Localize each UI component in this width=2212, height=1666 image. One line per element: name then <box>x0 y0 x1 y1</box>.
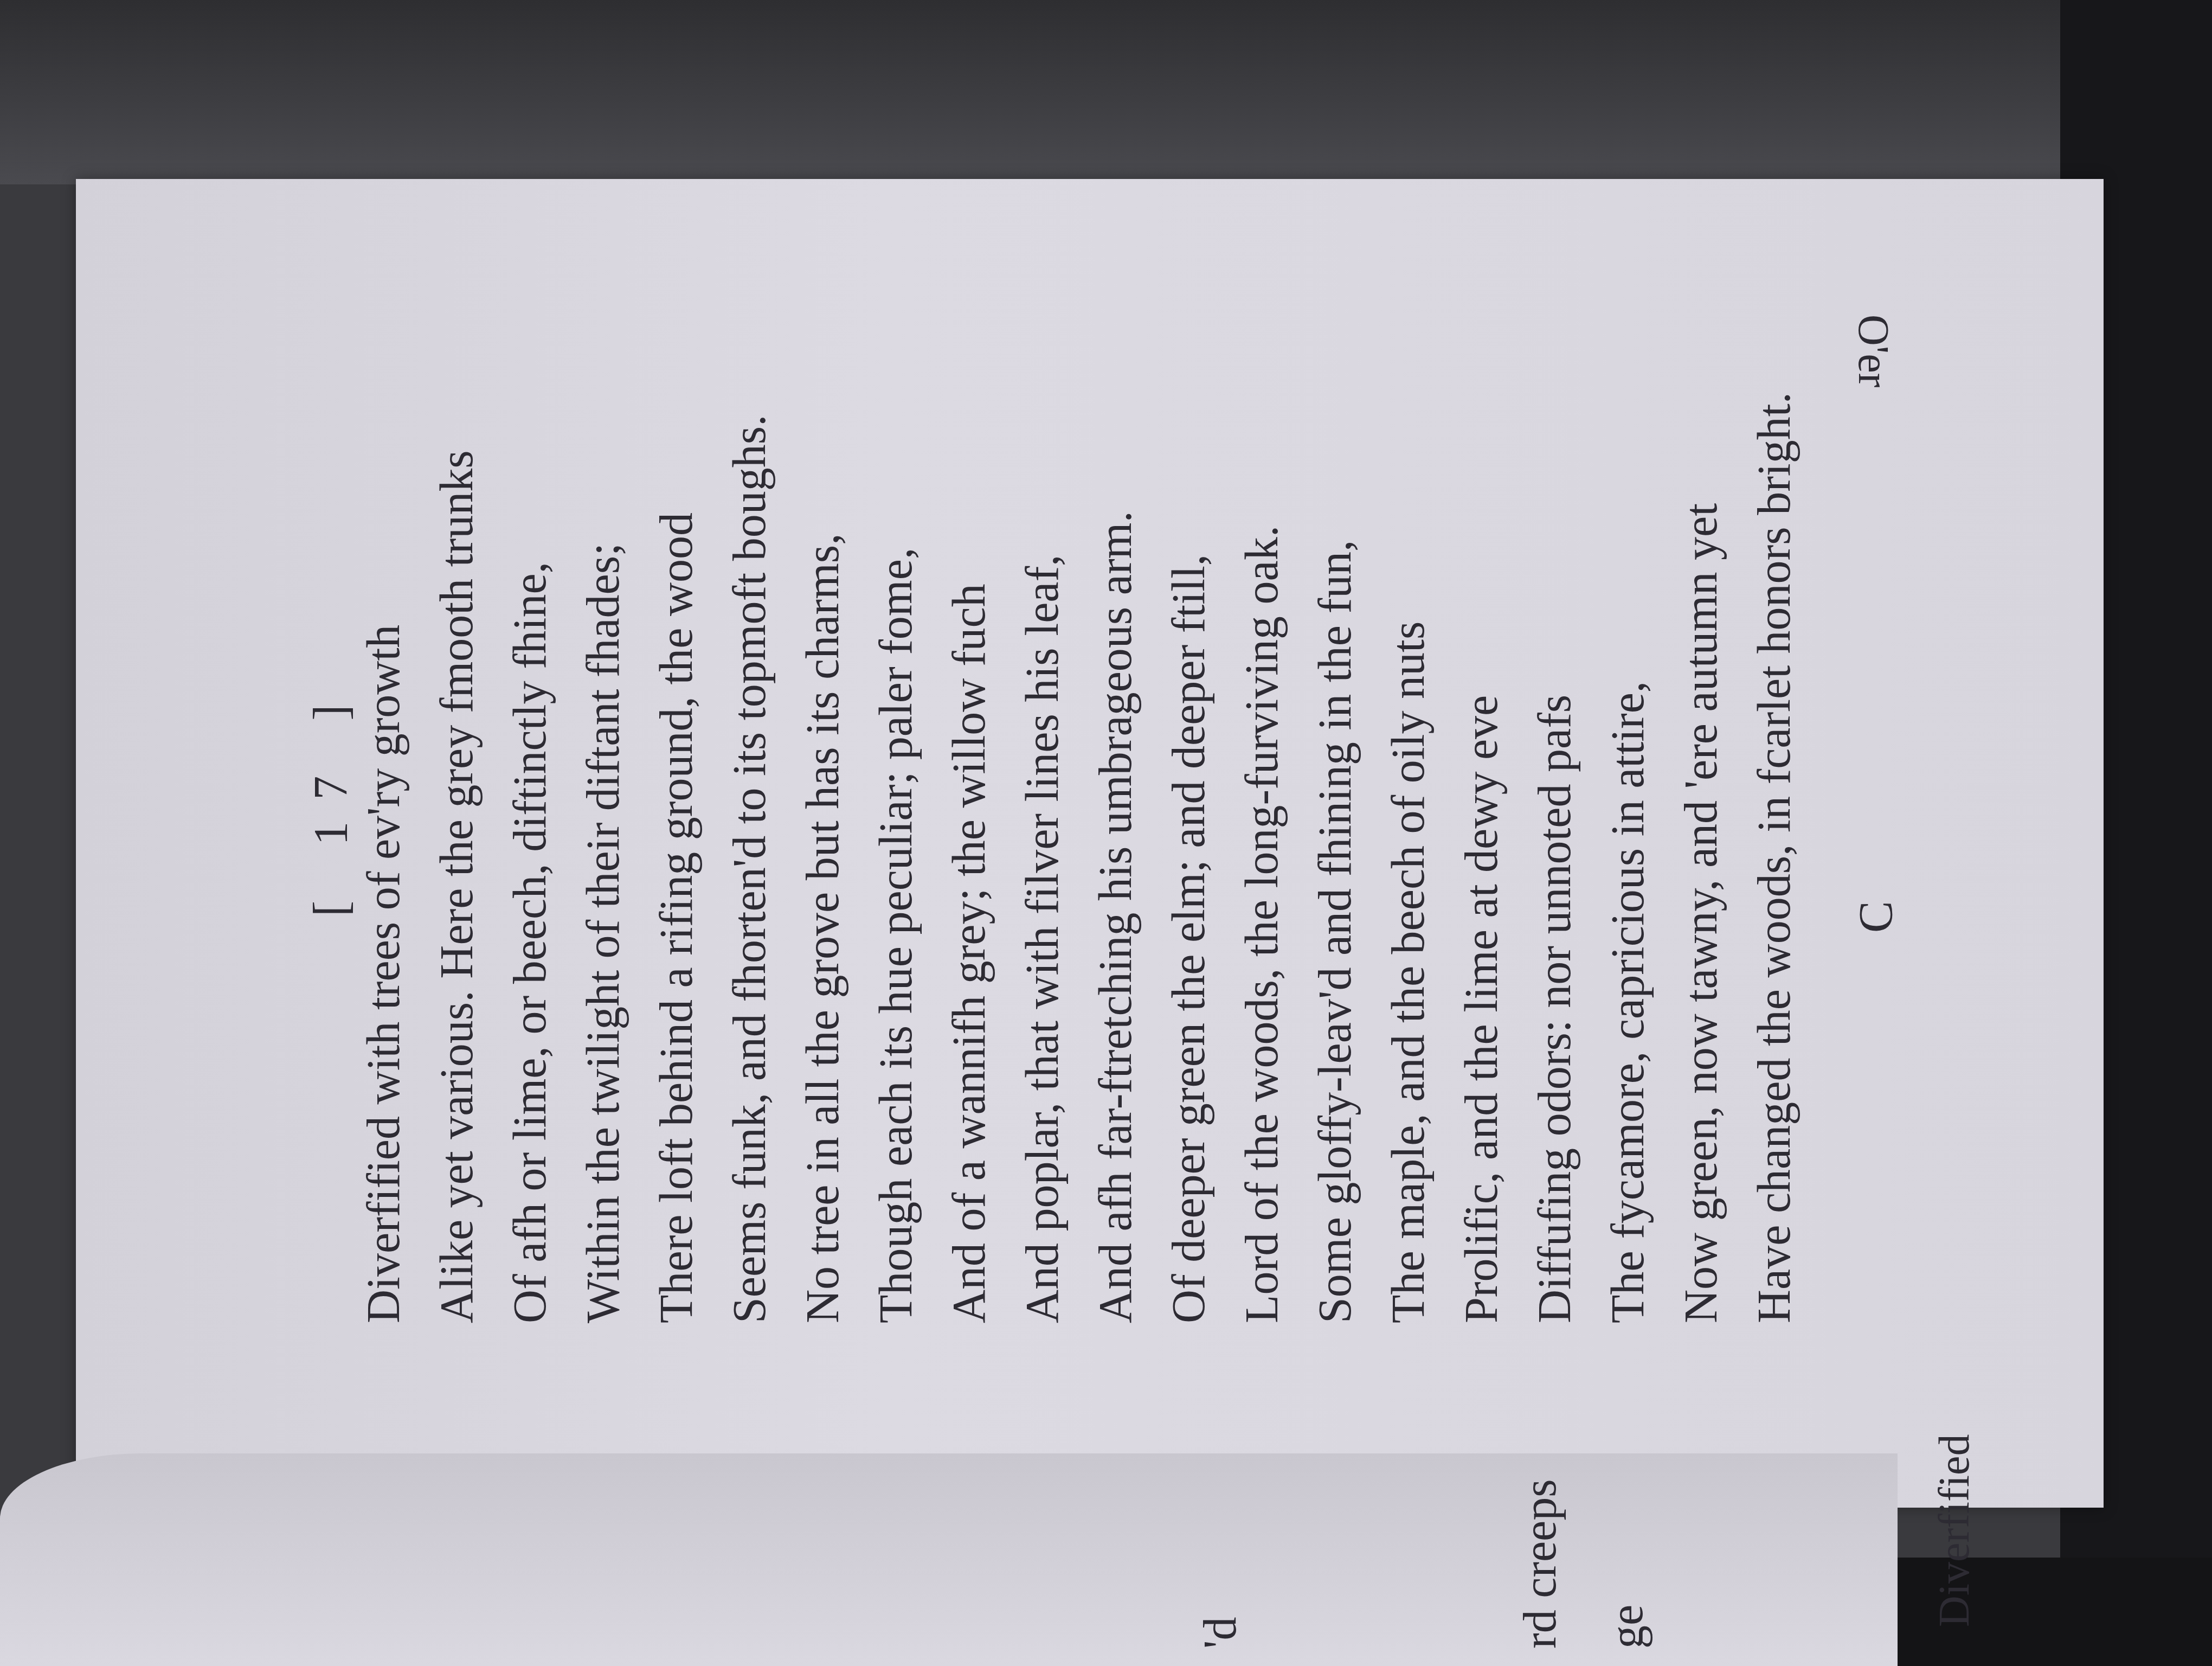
verse-line: The fycamore, capricious in attire, <box>1591 392 1664 1323</box>
verse-line: No tree in all the grove but has its cha… <box>786 392 859 1323</box>
verse-line: Of afh or lime, or beech, diftinctly fhi… <box>493 392 567 1323</box>
verse-line: Have changed the woods, in fcarlet honor… <box>1738 392 1811 1323</box>
verse-line: Alike yet various. Here the grey fmooth … <box>420 392 493 1323</box>
verse-line: Of deeper green the elm; and deeper ftil… <box>1152 392 1225 1323</box>
verse-line: Within the twilight of their diftant fha… <box>567 392 640 1323</box>
verse-line: And poplar, that with filver lines his l… <box>1006 392 1079 1323</box>
verse-line: Though each its hue peculiar; paler fome… <box>859 392 933 1323</box>
verse-line: Now green, now tawny, and 'ere autumn ye… <box>1664 392 1738 1323</box>
verse-line: There loft behind a rifing ground, the w… <box>640 392 713 1323</box>
verse-line: And of a wannifh grey; the willow fuch <box>933 392 1006 1323</box>
facing-fragment: 'd <box>1193 1617 1247 1649</box>
facing-fragment: ge <box>1599 1605 1654 1649</box>
verse-line: And afh far-ftretching his umbrageous ar… <box>1079 392 1152 1323</box>
verse-line: Prolific, and the lime at dewy eve <box>1445 392 1518 1323</box>
verse-line: Some gloffy-leav'd and fhining in the fu… <box>1298 392 1372 1323</box>
signature-mark: C <box>1849 901 1904 933</box>
verse-line: Diffufing odors: nor unnoted pafs <box>1518 392 1591 1323</box>
facing-fragment: rd creeps <box>1513 1479 1567 1649</box>
background-top <box>0 0 2212 184</box>
verse-line: The maple, and the beech of oily nuts <box>1372 392 1445 1323</box>
facing-catchword: Diverfified <box>1930 1434 1979 1627</box>
verse-line: Diverfified with trees of ev'ry growth <box>347 392 420 1323</box>
verse-block: Diverfified with trees of ev'ry growth A… <box>347 392 1811 1323</box>
verse-line: Seems funk, and fhorten'd to its topmoft… <box>713 392 786 1323</box>
catchword: O'er <box>1848 315 1898 387</box>
verse-line: Lord of the woods, the long-furviving oa… <box>1225 392 1298 1323</box>
